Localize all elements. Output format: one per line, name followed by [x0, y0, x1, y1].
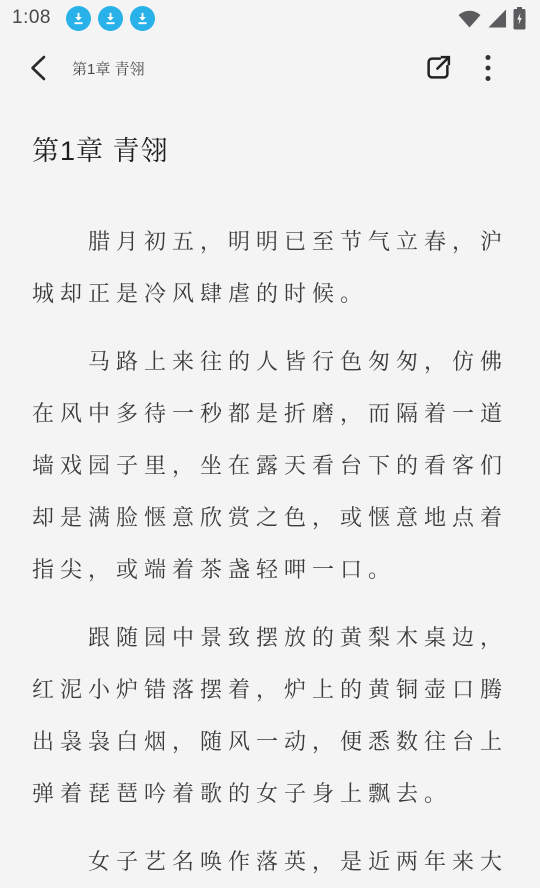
chapter-heading: 第1章 青翎: [32, 132, 508, 170]
download-notification-icon: [66, 6, 91, 31]
download-arrow-glyph: [103, 11, 118, 26]
chapter-paragraph: 腊月初五，明明已至节气立春，沪城却正是冷风肆虐的时候。: [32, 216, 508, 320]
download-notification-icon: [98, 6, 123, 31]
chapter-paragraph: 马路上来往的人皆行色匆匆，仿佛在风中多待一秒都是折磨，而隔着一道墙戏园子里，坐在…: [32, 336, 508, 596]
back-button[interactable]: [28, 53, 54, 83]
status-bar: 1:08: [0, 0, 540, 36]
cell-signal-icon: [487, 9, 507, 28]
nav-bar: 第1章 青翎: [0, 36, 540, 100]
wifi-icon: [458, 9, 481, 28]
reader-content[interactable]: 第1章 青翎 腊月初五，明明已至节气立春，沪城却正是冷风肆虐的时候。 马路上来往…: [0, 132, 540, 888]
chapter-paragraph: 女子艺名唤作落英，是近两年来大: [32, 836, 508, 888]
download-arrow-glyph: [71, 11, 86, 26]
back-chevron-icon: [28, 54, 48, 82]
battery-charging-icon: [513, 7, 526, 30]
download-notification-icon: [130, 6, 155, 31]
share-button[interactable]: [422, 52, 454, 84]
status-icons-right: [458, 7, 526, 30]
share-external-icon: [423, 53, 453, 83]
chapter-paragraph: 跟随园中景致摆放的黄梨木桌边，红泥小炉错落摆着，炉上的黄铜壶口腾出袅袅白烟，随风…: [32, 612, 508, 820]
chapter-body: 腊月初五，明明已至节气立春，沪城却正是冷风肆虐的时候。 马路上来往的人皆行色匆匆…: [32, 216, 508, 888]
download-arrow-glyph: [135, 11, 150, 26]
kebab-menu-icon: [485, 54, 491, 82]
status-time: 1:08: [12, 7, 51, 29]
nav-chapter-title: 第1章 青翎: [72, 58, 422, 79]
overflow-menu-button[interactable]: [480, 52, 496, 84]
